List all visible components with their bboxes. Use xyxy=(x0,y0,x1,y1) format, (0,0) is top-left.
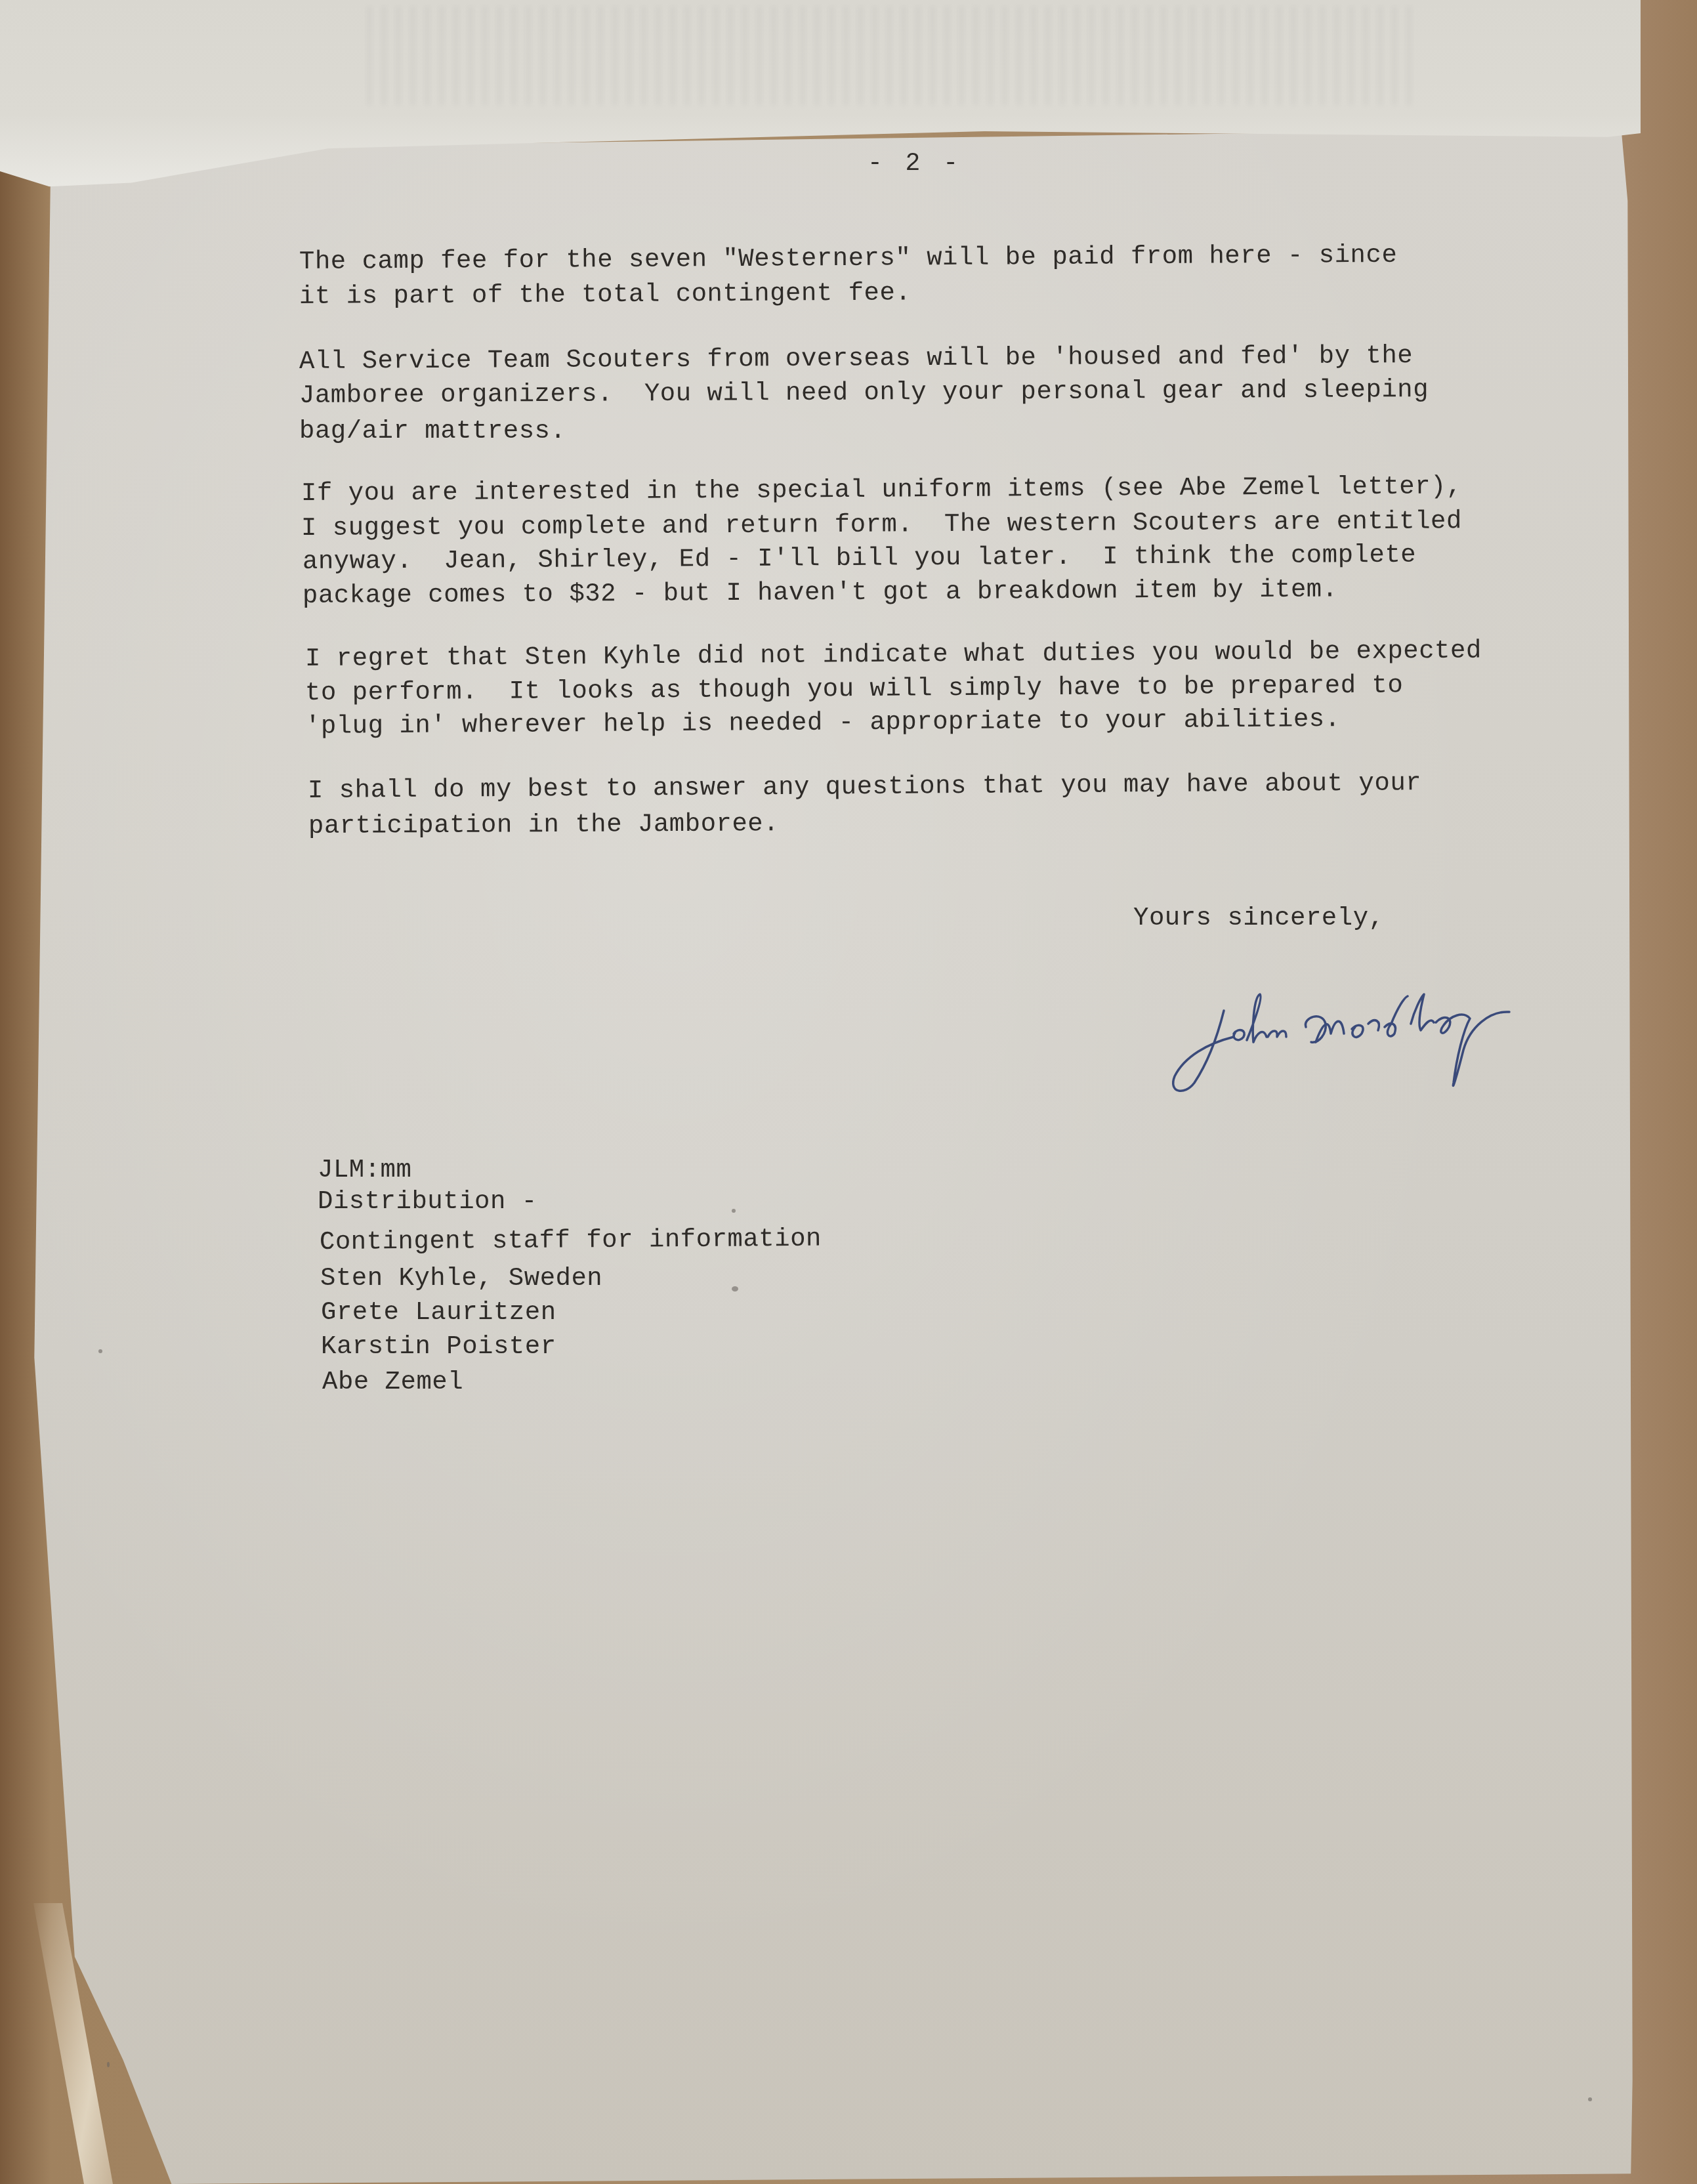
page-number: - 2 - xyxy=(868,150,962,178)
body-line: I suggest you complete and return form. … xyxy=(301,509,1462,541)
body-line: package comes to $32 - but I haven't got… xyxy=(303,577,1338,609)
paper-speck xyxy=(732,1286,738,1291)
distribution-item: Contingent staff for information xyxy=(320,1227,822,1255)
distribution-label: Distribution - xyxy=(318,1189,537,1215)
body-line: All Service Team Scouters from overseas … xyxy=(299,343,1413,375)
body-line: it is part of the total contingent fee. xyxy=(299,280,911,310)
body-line: participation in the Jamboree. xyxy=(308,811,779,839)
letterhead-crest-bleed-through xyxy=(171,0,367,144)
bleed-through-text xyxy=(367,7,1417,105)
body-line: 'plug in' wherever help is needed - appr… xyxy=(305,707,1341,740)
handwritten-signature xyxy=(1155,971,1549,1102)
reference-initials: JLM:mm xyxy=(318,1158,411,1183)
body-line: bag/air mattress. xyxy=(299,419,566,444)
distribution-item: Sten Kyhle, Sweden xyxy=(320,1266,602,1291)
paper-speck xyxy=(107,2062,110,2067)
paper-speck xyxy=(732,1209,736,1213)
body-line: If you are interested in the special uni… xyxy=(301,474,1462,507)
paper-speck xyxy=(98,1349,102,1353)
closing: Yours sincerely, xyxy=(1133,906,1384,931)
distribution-item: Karstin Poister xyxy=(321,1334,556,1360)
body-line: anyway. Jean, Shirley, Ed - I'll bill yo… xyxy=(303,543,1416,575)
letter-page xyxy=(26,118,1641,2184)
distribution-item: Abe Zemel xyxy=(322,1370,463,1395)
body-line: Jamboree organizers. You will need only … xyxy=(299,377,1429,409)
distribution-item: Grete Lauritzen xyxy=(321,1300,556,1326)
paper-speck xyxy=(1588,2097,1592,2101)
body-line: The camp fee for the seven "Westerners" … xyxy=(299,243,1397,275)
